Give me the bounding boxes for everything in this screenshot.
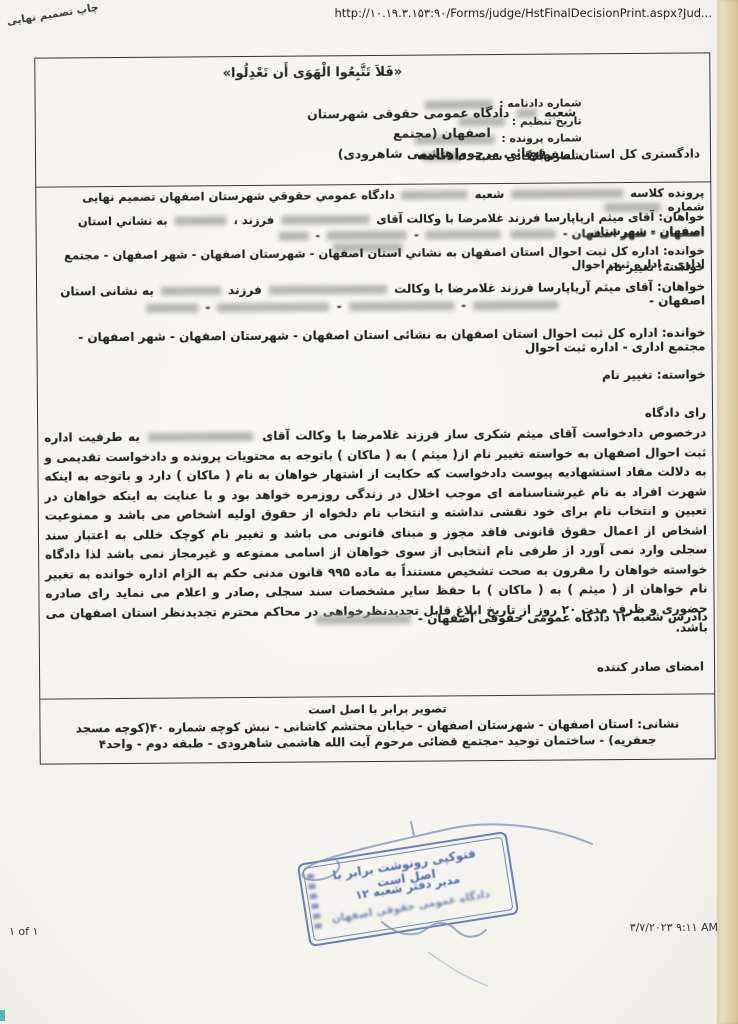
court-branch-prefix: شعبه [544, 104, 576, 119]
redacted-text [175, 216, 227, 225]
plaintiff-address-line-2: - - - [43, 298, 561, 316]
page-url: http://۱۰.۱۹.۳.۱۵۳:۹۰/Forms/judge/HstFin… [335, 6, 713, 20]
registry-stamp: فتوکپی رونوشت برابر با اصل است مدير دفتر… [297, 831, 520, 947]
redacted-text [402, 190, 468, 200]
issuer-signature-label: امضای صادر کننده [597, 659, 704, 674]
redacted-branch-number [517, 109, 537, 118]
redacted-text [161, 286, 221, 295]
redacted-text [146, 303, 198, 312]
footer-divider [40, 693, 714, 699]
claim-line-2: خواسته: تغيير نام [44, 367, 706, 386]
court-address: نشانی: استان اصفهان - شهرستان اصفهان - خ… [52, 715, 702, 752]
court-name: دادگاه عمومی حقوقی شهرستان اصفهان (مجتمع [307, 105, 510, 141]
redacted-text [269, 285, 387, 295]
quran-verse: «فَلاَ تَتَّبِعُوا الْهَوَی أَن تَعْدِلُ… [145, 64, 479, 82]
redacted-text [316, 615, 411, 625]
redacted-text [511, 230, 556, 239]
redacted-text [217, 302, 329, 312]
scan-corner-mark [0, 1010, 5, 1021]
redacted-text [511, 189, 623, 199]
pen-faint-stroke [428, 952, 488, 986]
redacted-text [149, 432, 254, 442]
print-preview-page: { "page": { "print_label": "چاپ تصميم نه… [0, 0, 738, 1024]
pen-tick [411, 822, 414, 836]
page-number: ۱ of ۱ [9, 925, 38, 938]
print-command-label: چاپ تصميم نهايی [6, 2, 99, 28]
verdict-heading: رای دادگاه [44, 405, 706, 424]
redacted-text [473, 301, 558, 311]
redacted-text [349, 301, 454, 311]
redacted-text [426, 230, 501, 240]
defendant-line-2: خوانده: اداره کل ثبت احوال استان اصفهان … [65, 325, 705, 358]
document-frame: «فَلاَ تَتَّبِعُوا الْهَوَی أَن تَعْدِلُ… [34, 52, 716, 764]
scan-edge-strip [717, 0, 738, 1024]
redacted-text [278, 232, 308, 241]
print-timestamp: ۳/۷/۲۰۲۳ ۹:۱۱ AM [630, 921, 718, 934]
redacted-text [281, 215, 369, 225]
justice-org-label: دادگستری کل استان اصفهان [528, 146, 700, 161]
